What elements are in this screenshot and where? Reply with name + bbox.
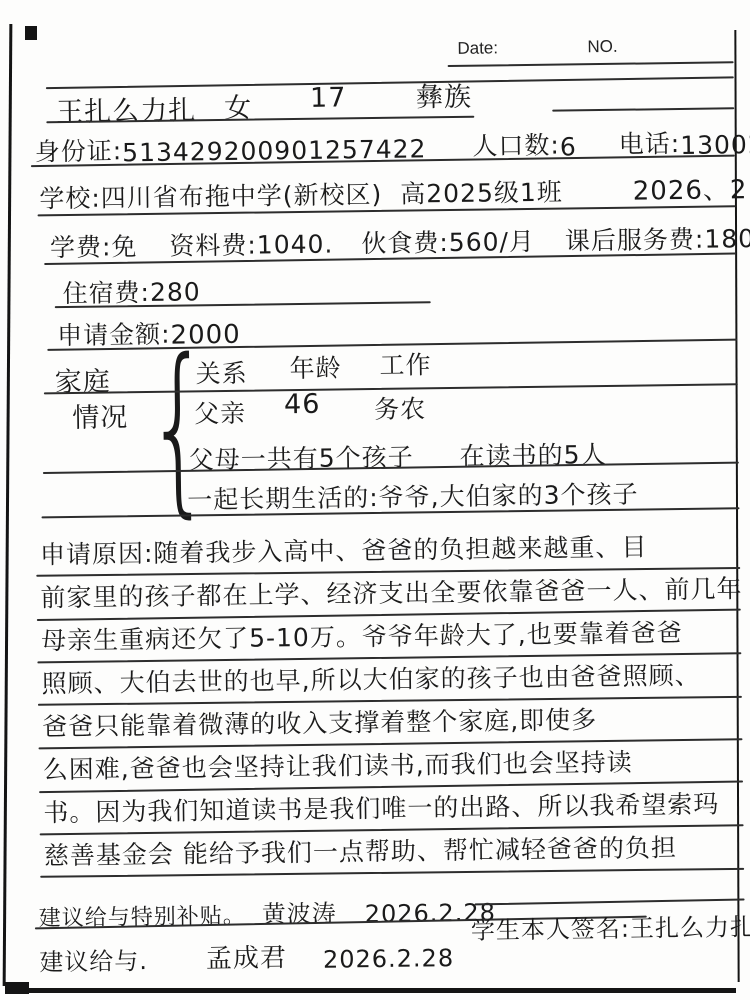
school-label: 学校: — [39, 179, 101, 216]
materials-fee: 资料费:1040. — [169, 225, 333, 263]
top-rule — [46, 76, 734, 89]
no-label: NO. — [587, 37, 617, 57]
student-name: 王扎么力扎 — [56, 88, 196, 129]
after-school-service-fee: 课后服务费:1800 — [565, 219, 750, 258]
age-header: 年龄 — [289, 348, 341, 385]
father-age: 46 — [284, 389, 321, 420]
application-reason-line: 爸爸只能靠着微薄的收入支撑着整个家庭,即使多 — [42, 700, 597, 743]
student-signature-name: 王扎么力扎 — [630, 907, 750, 944]
name-underline-right — [552, 107, 734, 111]
class-name: 高2025级1班 — [400, 173, 563, 211]
student-age: 17 — [310, 82, 347, 113]
application-reason-line: 前家里的孩子都在上学、经济支出全要依靠爸爸一人、前几年 — [40, 569, 742, 614]
application-reason-line: 照顾、大伯去世的也早,所以大伯家的孩子也由爸爸照顾、 — [41, 656, 700, 701]
student-ethnicity: 彝族 — [416, 75, 473, 115]
father-relation: 父亲 — [194, 394, 246, 431]
father-job: 务农 — [374, 389, 426, 426]
approver-signature-2: 孟成君 — [206, 937, 287, 975]
application-reason-line: 母亲生重病还欠了5-10万。爷爷年龄大了,也要靠着爸爸 — [41, 613, 683, 657]
relation-header: 关系 — [195, 354, 247, 391]
form-date: 2026、2.26 — [633, 169, 750, 208]
signature-top-rule — [475, 898, 745, 905]
date-label: Date: — [457, 38, 498, 59]
student-signature-label: 学生本人签名: — [471, 909, 631, 946]
approval-date-2: 2026.2.28 — [323, 944, 455, 974]
scanned-form-page: Date: NO. 王扎么力扎 女 17 彝族 身份证: 51342920090… — [0, 0, 750, 1000]
id-label: 身份证: — [34, 131, 122, 168]
application-reason-line: 书。因为我们知道读书是我们唯一的出路、所以我希望索玛 — [43, 785, 719, 830]
job-header: 工作 — [379, 345, 431, 382]
application-reason-line: 申请原因:随着我步入高中、爸爸的负担越来越重、目 — [40, 527, 648, 571]
application-reason-line: 么困难,爸爸也会坚持让我们读书,而我们也会坚持读 — [43, 743, 633, 787]
application-reason-line: 慈善基金会 能给予我们一点帮助、帮忙减轻爸爸的负担 — [44, 828, 677, 872]
family-section-label-2: 情况 — [72, 395, 129, 435]
meal-fee: 伙食费:560/月 — [361, 222, 535, 260]
header-rule — [448, 61, 734, 67]
tuition-fee: 学费:免 — [50, 227, 138, 264]
approval-note-2: 建议给与. — [39, 941, 148, 977]
school-name: 四川省布拖中学(新校区) — [101, 175, 383, 215]
